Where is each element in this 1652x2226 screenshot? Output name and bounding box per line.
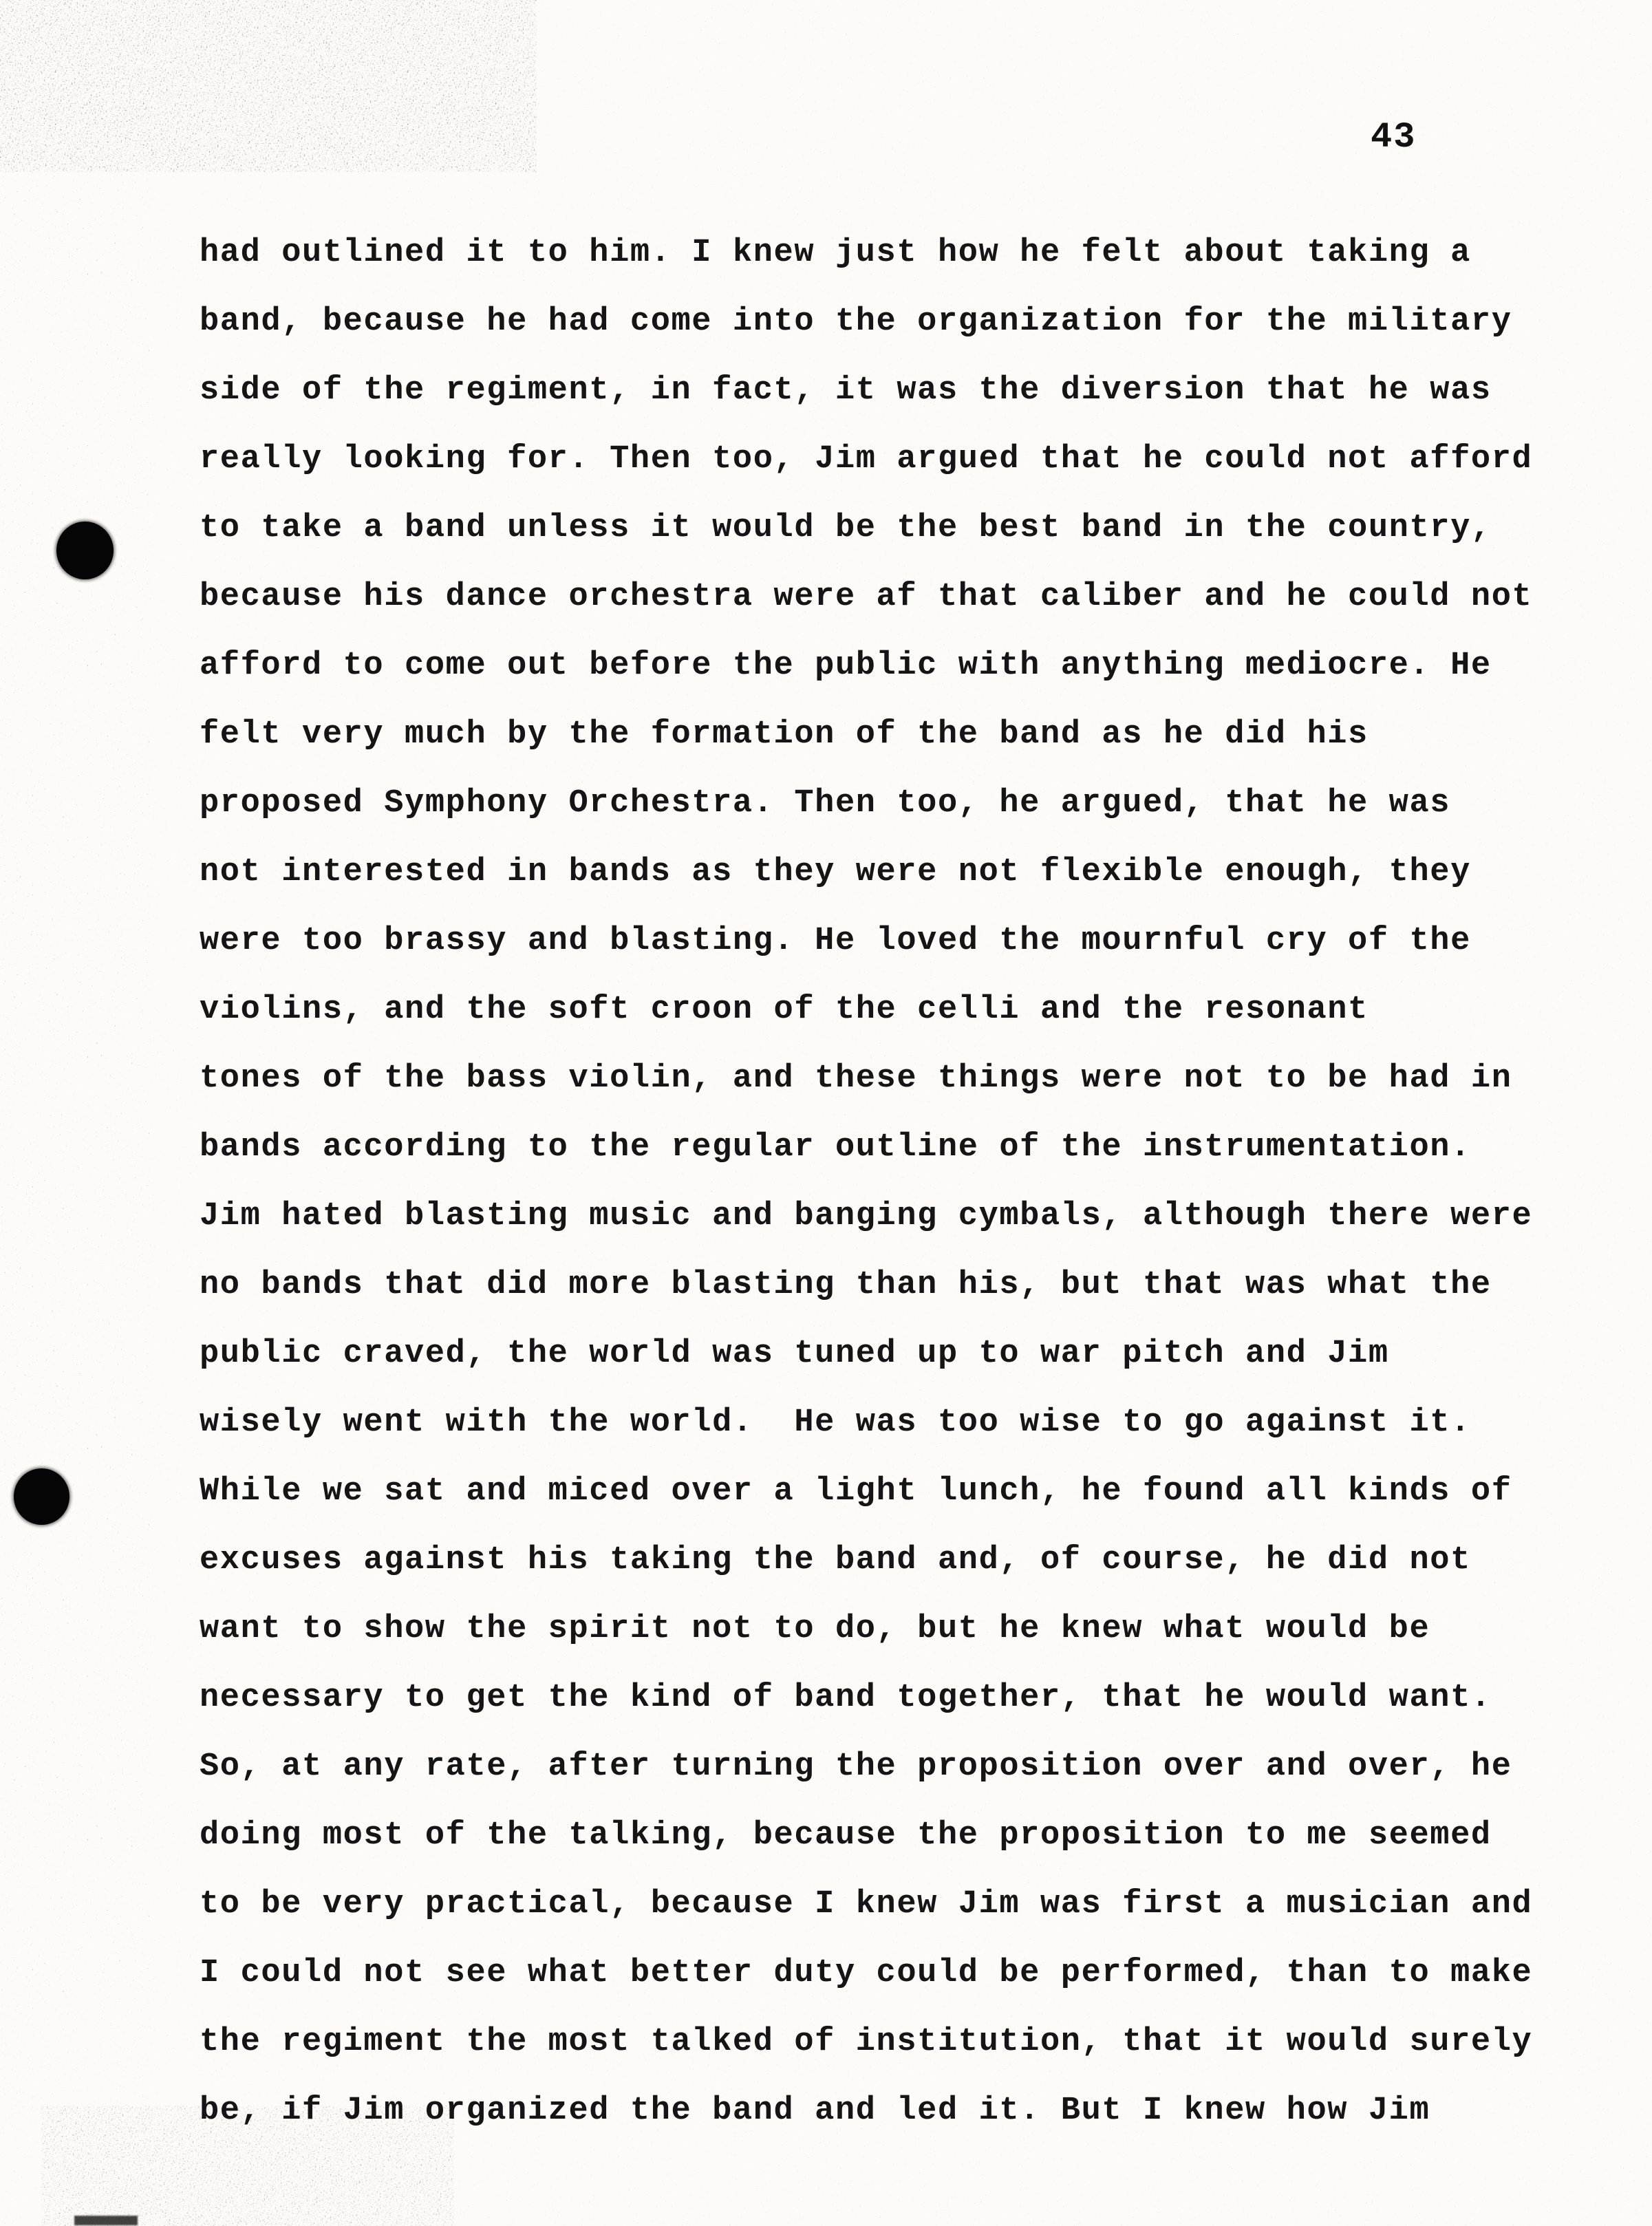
- text-line: violins, and the soft croon of the celli…: [200, 976, 1532, 1045]
- text-line: excuses against his taking the band and,…: [200, 1526, 1532, 1595]
- text-line: tones of the bass violin, and these thin…: [200, 1045, 1532, 1113]
- typewritten-text-block: had outlined it to him. I knew just how …: [200, 219, 1532, 2145]
- text-line: felt very much by the formation of the b…: [200, 700, 1532, 769]
- text-line: really looking for. Then too, Jim argued…: [200, 425, 1532, 494]
- text-line: While we sat and miced over a light lunc…: [200, 1457, 1532, 1526]
- text-line: Jim hated blasting music and banging cym…: [200, 1182, 1532, 1251]
- text-line: the regiment the most talked of institut…: [200, 2008, 1532, 2077]
- text-line: because his dance orchestra were af that…: [200, 563, 1532, 632]
- text-line: necessary to get the kind of band togeth…: [200, 1664, 1532, 1733]
- text-line: be, if Jim organized the band and led it…: [200, 2077, 1532, 2145]
- scan-smudge: [74, 2216, 138, 2225]
- text-line: doing most of the talking, because the p…: [200, 1801, 1532, 1870]
- text-line: to take a band unless it would be the be…: [200, 494, 1532, 563]
- text-line: wisely went with the world. He was too w…: [200, 1389, 1532, 1457]
- text-line: had outlined it to him. I knew just how …: [200, 219, 1532, 288]
- text-line: want to show the spirit not to do, but h…: [200, 1595, 1532, 1664]
- text-line: were too brassy and blasting. He loved t…: [200, 907, 1532, 976]
- text-line: So, at any rate, after turning the propo…: [200, 1733, 1532, 1801]
- text-line: side of the regiment, in fact, it was th…: [200, 356, 1532, 425]
- hole-punch-icon: [14, 1468, 69, 1525]
- text-line: to be very practical, because I knew Jim…: [200, 1870, 1532, 1939]
- hole-punch-icon: [56, 522, 114, 579]
- text-line: band, because he had come into the organ…: [200, 288, 1532, 356]
- text-line: proposed Symphony Orchestra. Then too, h…: [200, 769, 1532, 838]
- text-line: afford to come out before the public wit…: [200, 632, 1532, 700]
- scanned-typewritten-page: 43 had outlined it to him. I knew just h…: [0, 0, 1652, 2226]
- text-line: no bands that did more blasting than his…: [200, 1251, 1532, 1320]
- text-line: bands according to the regular outline o…: [200, 1113, 1532, 1182]
- text-line: I could not see what better duty could b…: [200, 1939, 1532, 2008]
- text-line: public craved, the world was tuned up to…: [200, 1320, 1532, 1389]
- page-number: 43: [1371, 117, 1416, 158]
- text-line: not interested in bands as they were not…: [200, 838, 1532, 907]
